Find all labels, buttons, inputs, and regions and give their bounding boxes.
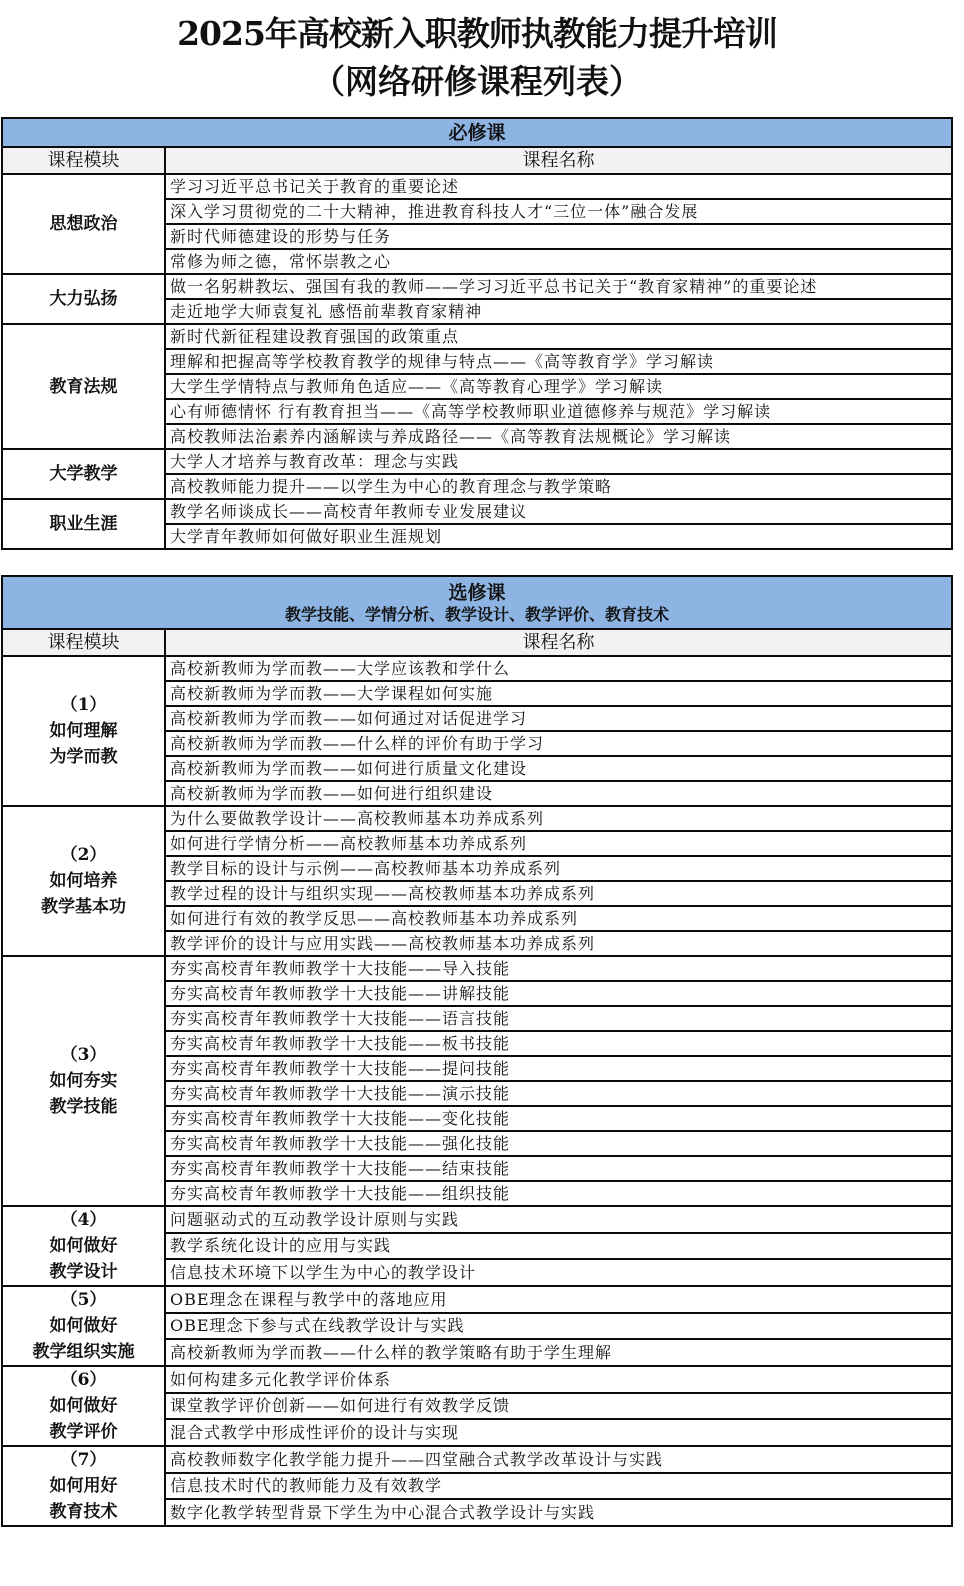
- module-cell: 职业生涯: [2, 499, 165, 549]
- table-row: （4）如何做好教学设计问题驱动式的互动教学设计原则与实践: [2, 1206, 952, 1233]
- course-name-cell: 夯实高校青年教师教学十大技能——演示技能: [165, 1081, 952, 1106]
- course-name-cell: 教学过程的设计与组织实现——高校教师基本功养成系列: [165, 881, 952, 906]
- elective-band-subtitle: 教学技能、学情分析、教学设计、教学评价、教育技术: [3, 605, 951, 625]
- module-label-line2: 为学而教: [3, 744, 164, 770]
- module-label-line1: 如何用好: [3, 1473, 164, 1499]
- module-cell: 思想政治: [2, 174, 165, 274]
- module-label-line2: 教学评价: [3, 1419, 164, 1445]
- course-name-cell: 课堂教学评价创新——如何进行有效教学反馈: [165, 1393, 952, 1420]
- course-name-cell: 如何进行学情分析——高校教师基本功养成系列: [165, 831, 952, 856]
- table-row: 职业生涯教学名师谈成长——高校青年教师专业发展建议: [2, 499, 952, 524]
- course-name-cell: 高校新教师为学而教——什么样的教学策略有助于学生理解: [165, 1339, 952, 1366]
- table-row: 思想政治学习习近平总书记关于教育的重要论述: [2, 174, 952, 199]
- course-name-cell: OBE理念在课程与教学中的落地应用: [165, 1286, 952, 1313]
- table-row: 教育法规新时代新征程建设教育强国的政策重点: [2, 324, 952, 349]
- course-name-cell: 教学系统化设计的应用与实践: [165, 1233, 952, 1260]
- module-label-line1: 如何做好: [3, 1233, 164, 1259]
- table-row: （2）如何培养教学基本功为什么要做教学设计——高校教师基本功养成系列: [2, 806, 952, 831]
- course-name-cell: 心有师德情怀 行有教育担当——《高等学校教师职业道德修养与规范》学习解读: [165, 399, 952, 424]
- course-name-cell: 数字化教学转型背景下学生为中心混合式教学设计与实践: [165, 1499, 952, 1526]
- column-header-course: 课程名称: [165, 147, 952, 174]
- module-cell: （2）如何培养教学基本功: [2, 806, 165, 956]
- module-label-line2: 教学技能: [3, 1094, 164, 1120]
- table-row: 大学教学大学人才培养与教育改革：理念与实践: [2, 449, 952, 474]
- course-name-cell: 理解和把握高等学校教育教学的规律与特点——《高等教育学》学习解读: [165, 349, 952, 374]
- course-name-cell: 夯实高校青年教师教学十大技能——导入技能: [165, 956, 952, 981]
- module-label-num: （1）: [3, 692, 164, 718]
- course-name-cell: 高校新教师为学而教——如何通过对话促进学习: [165, 706, 952, 731]
- course-name-cell: OBE理念下参与式在线教学设计与实践: [165, 1313, 952, 1340]
- required-band-title: 必修课: [448, 122, 505, 144]
- module-label-line1: 如何做好: [3, 1313, 164, 1339]
- module-cell: （5）如何做好教学组织实施: [2, 1286, 165, 1366]
- course-name-cell: 高校新教师为学而教——什么样的评价有助于学习: [165, 731, 952, 756]
- table-row: （1）如何理解为学而教高校新教师为学而教——大学应该教和学什么: [2, 656, 952, 681]
- course-name-cell: 信息技术环境下以学生为中心的教学设计: [165, 1259, 952, 1286]
- course-name-cell: 高校新教师为学而教——大学课程如何实施: [165, 681, 952, 706]
- table-row: （5）如何做好教学组织实施OBE理念在课程与教学中的落地应用: [2, 1286, 952, 1313]
- module-cell: 大力弘扬: [2, 274, 165, 324]
- course-name-cell: 新时代新征程建设教育强国的政策重点: [165, 324, 952, 349]
- course-name-cell: 教学目标的设计与示例——高校教师基本功养成系列: [165, 856, 952, 881]
- course-name-cell: 做一名躬耕教坛、强国有我的教师——学习习近平总书记关于“教育家精神”的重要论述: [165, 274, 952, 299]
- course-name-cell: 信息技术时代的教师能力及有效教学: [165, 1473, 952, 1500]
- module-cell: （4）如何做好教学设计: [2, 1206, 165, 1286]
- module-label-num: （4）: [3, 1207, 164, 1233]
- course-name-cell: 学习习近平总书记关于教育的重要论述: [165, 174, 952, 199]
- required-band: 必修课: [2, 118, 952, 147]
- course-name-cell: 教学名师谈成长——高校青年教师专业发展建议: [165, 499, 952, 524]
- module-label-num: （6）: [3, 1367, 164, 1393]
- table-row: （6）如何做好教学评价如何构建多元化教学评价体系: [2, 1366, 952, 1393]
- elective-course-table: 选修课 教学技能、学情分析、教学设计、教学评价、教育技术 课程模块 课程名称 （…: [1, 575, 953, 1527]
- elective-band: 选修课 教学技能、学情分析、教学设计、教学评价、教育技术: [2, 576, 952, 629]
- course-name-cell: 夯实高校青年教师教学十大技能——变化技能: [165, 1106, 952, 1131]
- course-name-cell: 如何构建多元化教学评价体系: [165, 1366, 952, 1393]
- course-name-cell: 如何进行有效的教学反思——高校教师基本功养成系列: [165, 906, 952, 931]
- page-title: 2025年高校新入职教师执教能力提升培训 （网络研修课程列表）: [0, 0, 964, 118]
- module-cell: （7）如何用好教育技术: [2, 1446, 165, 1526]
- elective-band-title: 选修课: [3, 581, 951, 605]
- course-name-cell: 夯实高校青年教师教学十大技能——板书技能: [165, 1031, 952, 1056]
- title-line-1: 2025年高校新入职教师执教能力提升培训: [0, 12, 954, 56]
- course-name-cell: 高校教师法治素养内涵解读与养成路径——《高等教育法规概论》学习解读: [165, 424, 952, 449]
- course-name-cell: 走近地学大师袁复礼 感悟前辈教育家精神: [165, 299, 952, 324]
- course-name-cell: 夯实高校青年教师教学十大技能——组织技能: [165, 1181, 952, 1206]
- module-label-num: （2）: [3, 842, 164, 868]
- column-header-module: 课程模块: [2, 629, 165, 656]
- course-name-cell: 高校新教师为学而教——如何进行质量文化建设: [165, 756, 952, 781]
- course-name-cell: 高校教师能力提升——以学生为中心的教育理念与教学策略: [165, 474, 952, 499]
- course-name-cell: 教学评价的设计与应用实践——高校教师基本功养成系列: [165, 931, 952, 956]
- course-name-cell: 为什么要做教学设计——高校教师基本功养成系列: [165, 806, 952, 831]
- module-label-line2: 教育技术: [3, 1499, 164, 1525]
- required-band-row: 必修课: [2, 118, 952, 147]
- course-name-cell: 深入学习贯彻党的二十大精神，推进教育科技人才“三位一体”融合发展: [165, 199, 952, 224]
- course-name-cell: 大学生学情特点与教师角色适应——《高等教育心理学》学习解读: [165, 374, 952, 399]
- module-cell: 大学教学: [2, 449, 165, 499]
- elective-column-header-row: 课程模块 课程名称: [2, 629, 952, 656]
- module-cell: （1）如何理解为学而教: [2, 656, 165, 806]
- table-row: （7）如何用好教育技术高校教师数字化教学能力提升——四堂融合式教学改革设计与实践: [2, 1446, 952, 1473]
- module-label-num: （7）: [3, 1447, 164, 1473]
- course-name-cell: 夯实高校青年教师教学十大技能——讲解技能: [165, 981, 952, 1006]
- module-label-line2: 教学设计: [3, 1259, 164, 1285]
- course-name-cell: 高校新教师为学而教——如何进行组织建设: [165, 781, 952, 806]
- module-label-num: （5）: [3, 1287, 164, 1313]
- course-name-cell: 夯实高校青年教师教学十大技能——提问技能: [165, 1056, 952, 1081]
- module-label-line1: 如何理解: [3, 718, 164, 744]
- module-label-line1: 如何夯实: [3, 1068, 164, 1094]
- module-label-num: （3）: [3, 1042, 164, 1068]
- course-name-cell: 夯实高校青年教师教学十大技能——结束技能: [165, 1156, 952, 1181]
- column-header-course: 课程名称: [165, 629, 952, 656]
- course-name-cell: 混合式教学中形成性评价的设计与实现: [165, 1419, 952, 1446]
- required-course-table: 必修课 课程模块 课程名称 思想政治学习习近平总书记关于教育的重要论述深入学习贯…: [1, 117, 953, 550]
- module-label-line1: 如何培养: [3, 868, 164, 894]
- elective-band-row: 选修课 教学技能、学情分析、教学设计、教学评价、教育技术: [2, 576, 952, 629]
- module-cell: （3）如何夯实教学技能: [2, 956, 165, 1206]
- course-name-cell: 高校教师数字化教学能力提升——四堂融合式教学改革设计与实践: [165, 1446, 952, 1473]
- course-name-cell: 大学青年教师如何做好职业生涯规划: [165, 524, 952, 549]
- table-row: （3）如何夯实教学技能夯实高校青年教师教学十大技能——导入技能: [2, 956, 952, 981]
- course-name-cell: 问题驱动式的互动教学设计原则与实践: [165, 1206, 952, 1233]
- module-label-line1: 如何做好: [3, 1393, 164, 1419]
- title-line-2: （网络研修课程列表）: [0, 60, 954, 104]
- column-header-module: 课程模块: [2, 147, 165, 174]
- table-row: 大力弘扬做一名躬耕教坛、强国有我的教师——学习习近平总书记关于“教育家精神”的重…: [2, 274, 952, 299]
- course-name-cell: 高校新教师为学而教——大学应该教和学什么: [165, 656, 952, 681]
- course-name-cell: 新时代师德建设的形势与任务: [165, 224, 952, 249]
- course-name-cell: 常修为师之德，常怀崇教之心: [165, 249, 952, 274]
- module-cell: （6）如何做好教学评价: [2, 1366, 165, 1446]
- course-name-cell: 夯实高校青年教师教学十大技能——语言技能: [165, 1006, 952, 1031]
- required-column-header-row: 课程模块 课程名称: [2, 147, 952, 174]
- module-label-line2: 教学组织实施: [3, 1339, 164, 1365]
- course-name-cell: 大学人才培养与教育改革：理念与实践: [165, 449, 952, 474]
- module-cell: 教育法规: [2, 324, 165, 449]
- course-name-cell: 夯实高校青年教师教学十大技能——强化技能: [165, 1131, 952, 1156]
- module-label-line2: 教学基本功: [3, 894, 164, 920]
